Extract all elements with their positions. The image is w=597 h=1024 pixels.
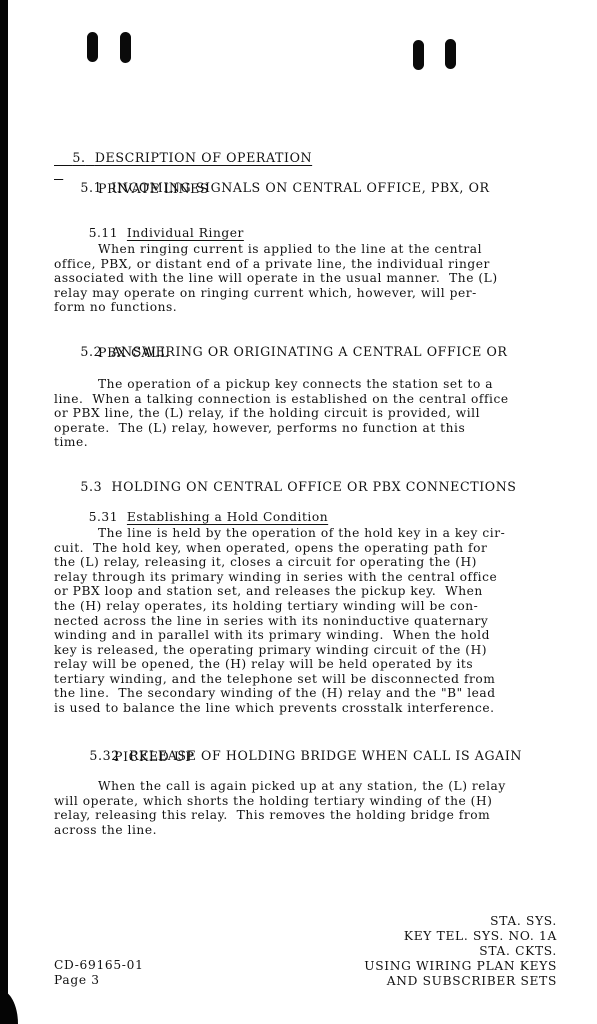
- footer-title-line: AND SUBSCRIBER SETS: [387, 974, 557, 989]
- footer-title-line: STA. SYS.: [490, 914, 557, 929]
- subsection-title: Establishing a Hold Condition: [127, 510, 328, 524]
- paragraph-line: winding and in parallel with its primary…: [54, 628, 490, 642]
- paragraph-line: The line is held by the operation of the…: [98, 526, 505, 540]
- footer-title-line: USING WIRING PLAN KEYS: [364, 959, 557, 974]
- paragraph-line: relay may operate on ringing current whi…: [54, 286, 477, 300]
- scan-left-edge: [0, 0, 8, 1024]
- scan-left-edge-curve: [0, 990, 18, 1024]
- paragraph-line: cuit. The hold key, when operated, opens…: [54, 541, 487, 555]
- paragraph-line: office, PBX, or distant end of a private…: [54, 257, 490, 271]
- paragraph-line: The operation of a pickup key connects t…: [98, 377, 493, 391]
- subsection-title-cont: PRIVATE LINES: [98, 182, 209, 196]
- binder-hole-mark: [413, 40, 424, 70]
- footer-title-line: KEY TEL. SYS. NO. 1A: [404, 929, 557, 944]
- document-number: CD-69165-01: [54, 958, 144, 973]
- paragraph-line: will operate, which shorts the holding t…: [54, 794, 492, 808]
- subsection-title: ANSWERING OR ORIGINATING A CENTRAL OFFIC…: [111, 344, 507, 359]
- paragraph-line: form no functions.: [54, 300, 177, 314]
- page-number: Page 3: [54, 973, 100, 988]
- paragraph-line: line. When a talking connection is estab…: [54, 392, 509, 406]
- binder-hole-mark: [87, 32, 98, 62]
- paragraph-line: is used to balance the line which preven…: [54, 701, 495, 715]
- paragraph-line: key is released, the operating primary w…: [54, 643, 487, 657]
- subsection-number: 5.31: [89, 510, 118, 524]
- subsection-title: HOLDING ON CENTRAL OFFICE OR PBX CONNECT…: [111, 479, 516, 494]
- paragraph-line: the line. The secondary winding of the (…: [54, 686, 496, 700]
- paragraph-line: the (L) relay, releasing it, closes a ci…: [54, 555, 477, 569]
- paragraph-line: associated with the line will operate in…: [54, 271, 498, 285]
- subsection-number: 5.11: [89, 226, 118, 240]
- paragraph-line: relay through its primary winding in ser…: [54, 570, 497, 584]
- subsection-number: 5.3: [80, 479, 102, 494]
- subsection-title-cont: PICKED UP: [114, 750, 194, 764]
- section-title: DESCRIPTION OF OPERATION: [95, 150, 312, 165]
- paragraph-line: across the line.: [54, 823, 157, 837]
- section-number: 5.: [72, 150, 85, 165]
- paragraph-line: time.: [54, 435, 88, 449]
- paragraph-line: relay, releasing this relay. This remove…: [54, 808, 490, 822]
- paragraph-line: or PBX line, the (L) relay, if the holdi…: [54, 406, 480, 420]
- binder-hole-mark: [120, 32, 131, 63]
- binder-hole-mark: [445, 39, 456, 69]
- paragraph-line: When ringing current is applied to the l…: [98, 242, 482, 256]
- subsection-title: Individual Ringer: [127, 226, 244, 240]
- paragraph-line: nected across the line in series with it…: [54, 614, 488, 628]
- paragraph-line: tertiary winding, and the telephone set …: [54, 672, 495, 686]
- paragraph-line: When the call is again picked up at any …: [98, 779, 506, 793]
- footer-title-line: STA. CKTS.: [479, 944, 557, 959]
- subsection-title-cont: PBX CALL: [98, 346, 169, 360]
- paragraph-line: relay will be opened, the (H) relay will…: [54, 657, 473, 671]
- paragraph-line: the (H) relay operates, its holding tert…: [54, 599, 478, 613]
- paragraph-line: or PBX loop and station set, and release…: [54, 584, 483, 598]
- paragraph-line: operate. The (L) relay, however, perform…: [54, 421, 465, 435]
